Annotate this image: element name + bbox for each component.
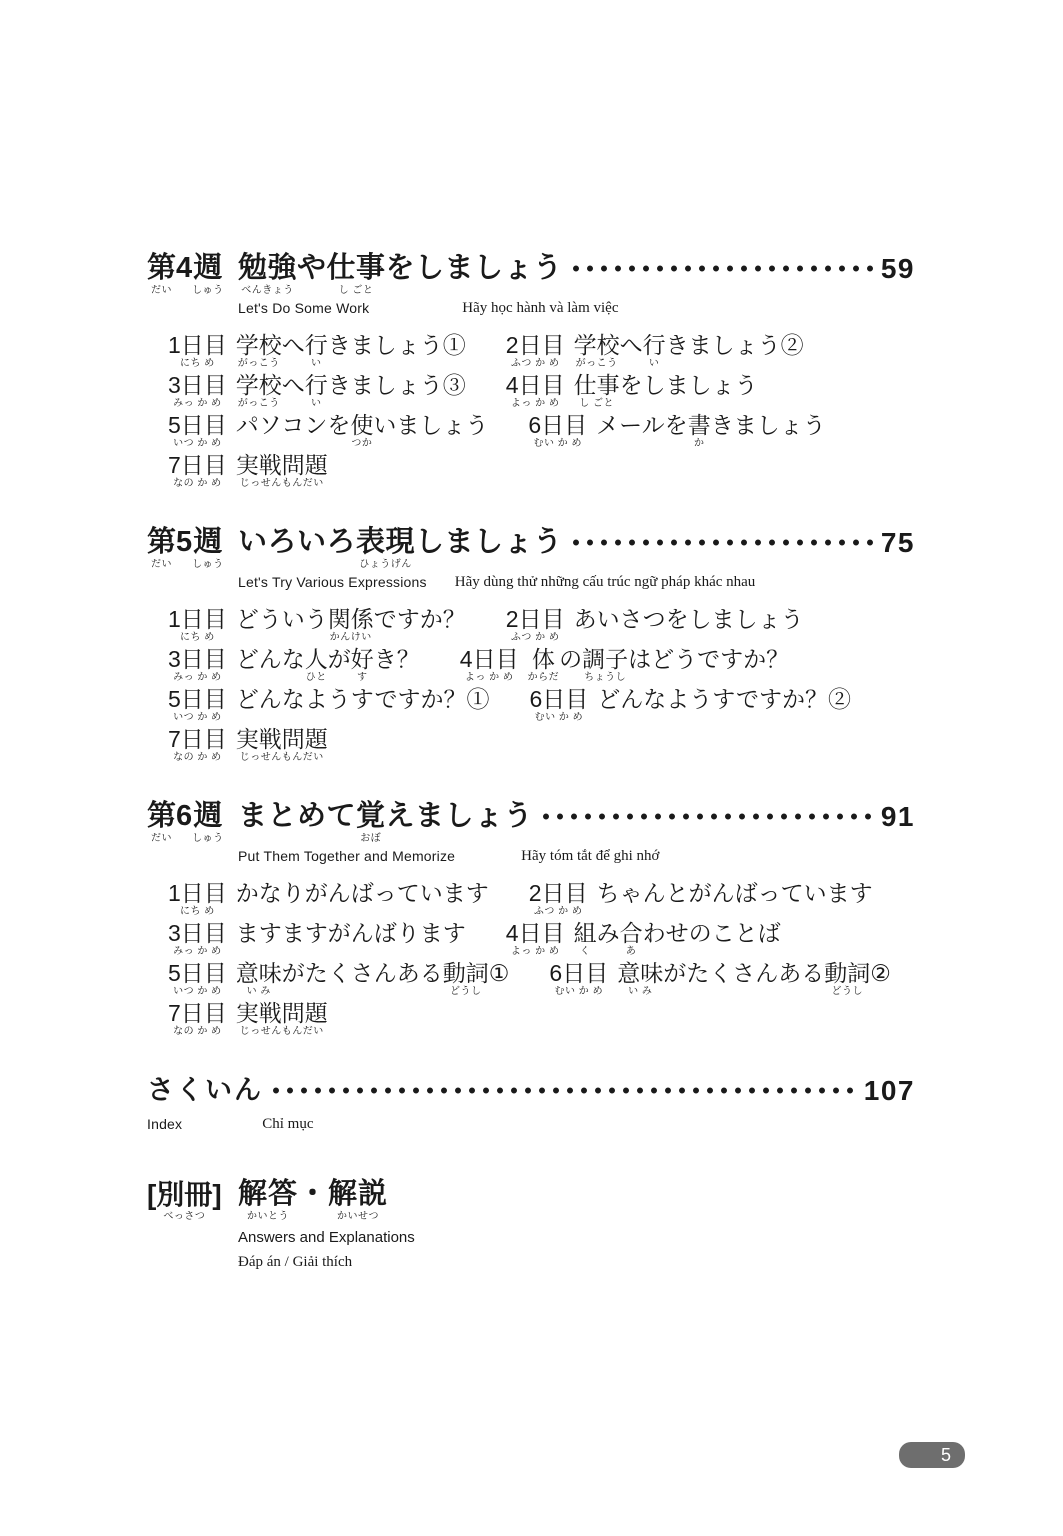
- ruby-segment: しましょう: [415, 526, 563, 570]
- day-row: 1日目にち めどういう関係かんけいですか？2日目ふつ か めあいさつをしましょう: [168, 607, 930, 643]
- ruby-segment: 動詞どうし: [443, 961, 489, 997]
- ruby-segment: 1日目にち め: [168, 333, 227, 369]
- day-entry: 2日目ふつ か めちゃんとがんばっています: [529, 881, 873, 917]
- day-row: 3日目みっ か め学校がっこうへ行いきましょう③4日目よっ か め仕事し ごとを…: [168, 373, 930, 409]
- section-subtitle-english: Let's Try Various Expressions: [238, 573, 427, 591]
- ruby-segment: かなりがんばっています: [236, 881, 489, 917]
- day-list: 1日目にち めどういう関係かんけいですか？2日目ふつ か めあいさつをしましょう…: [168, 607, 930, 763]
- day-row: 5日目いつ か めどんなようすですか？①6日目むい か めどんなようすですか？②: [168, 687, 930, 723]
- section-subtitles: Put Them Together and MemorizeHãy tóm tắ…: [238, 847, 930, 865]
- appendix-title: 解答かいとう・解説かいせつ: [238, 1178, 388, 1222]
- ruby-segment: み: [597, 921, 620, 957]
- ruby-segment: 仕事し ごと: [327, 252, 386, 296]
- day-title: かなりがんばっています: [236, 881, 489, 917]
- day-title: どういう関係かんけいですか？: [236, 607, 466, 643]
- ruby-segment: 行い: [305, 333, 328, 369]
- day-number: 4日目よっ か め: [460, 647, 519, 683]
- index-header: さくいん 107: [147, 1074, 915, 1107]
- day-title: 実戦問題じっせんもんだい: [236, 453, 328, 489]
- day-row: 7日目なの か め実戦問題じっせんもんだい: [168, 1001, 930, 1037]
- ruby-segment: どういう: [236, 607, 328, 643]
- day-list: 1日目にち め学校がっこうへ行いきましょう①2日目ふつ か め学校がっこうへ行い…: [168, 333, 930, 489]
- day-entry: 7日目なの か め実戦問題じっせんもんだい: [168, 727, 328, 763]
- day-entry: 1日目にち め学校がっこうへ行いきましょう①: [168, 333, 466, 369]
- day-title: 実戦問題じっせんもんだい: [236, 1001, 328, 1037]
- day-number: 5日目いつ か め: [168, 961, 227, 997]
- section-header: 第だい6週しゅうまとめて覚おぼえましょう91: [147, 800, 915, 844]
- day-title: パソコンを使つかいましょう: [236, 413, 489, 449]
- week-label: 第だい4週しゅう: [147, 252, 238, 296]
- ruby-segment: 2日目ふつ か め: [529, 881, 588, 917]
- ruby-segment: 解答かいとう: [238, 1178, 298, 1222]
- ruby-segment: 第だい: [147, 800, 176, 844]
- day-number: 7日目なの か め: [168, 727, 227, 763]
- ruby-segment: 関係かんけい: [328, 607, 374, 643]
- day-row: 3日目みっ か めますますがんばります4日目よっ か め組くみ合あわせのことば: [168, 921, 930, 957]
- ruby-segment: が: [328, 647, 351, 683]
- ruby-segment: 人ひと: [305, 647, 328, 683]
- ruby-segment: 4: [176, 252, 192, 296]
- day-number: 5日目いつ か め: [168, 687, 227, 723]
- section-subtitle-vietnamese: Hãy dùng thử những cấu trúc ngữ pháp khá…: [455, 573, 756, 591]
- ruby-segment: ますますがんばります: [236, 921, 466, 957]
- ruby-segment: 学校がっこう: [236, 373, 282, 409]
- ruby-segment: 3日目みっ か め: [168, 647, 227, 683]
- day-row: 7日目なの か め実戦問題じっせんもんだい: [168, 727, 930, 763]
- day-title: 組くみ合あわせのことば: [574, 921, 781, 957]
- day-number: 5日目いつ か め: [168, 413, 227, 449]
- ruby-segment: 行い: [643, 333, 666, 369]
- ruby-segment: ちゃんとがんばっています: [597, 881, 873, 917]
- book-page: 第だい4週しゅう勉強べんきょうや仕事し ごとをしましょう59Let's Do S…: [0, 0, 1063, 1536]
- day-entry: 5日目いつ か め意味い みがたくさんある動詞どうし①: [168, 961, 509, 997]
- ruby-segment: 週しゅう: [192, 252, 224, 296]
- day-row: 3日目みっ か めどんな人ひとが好すき？4日目よっ か め体からだの調子ちょうし…: [168, 647, 930, 683]
- ruby-segment: 3日目みっ か め: [168, 921, 227, 957]
- ruby-segment: ②: [870, 961, 891, 997]
- ruby-segment: がたくさんある: [282, 961, 443, 997]
- day-entry: 4日目よっ か め体からだの調子ちょうしはどうですか？: [460, 647, 789, 683]
- day-title: メールを書かきましょう: [596, 413, 826, 449]
- ruby-segment: 行い: [305, 373, 328, 409]
- ruby-segment: まとめて: [238, 800, 356, 844]
- day-entry: 1日目にち めかなりがんばっています: [168, 881, 489, 917]
- section-title: 勉強べんきょうや仕事し ごとをしましょう: [238, 252, 563, 296]
- ruby-segment: 好す: [351, 647, 374, 683]
- section-subtitles: Let's Do Some WorkHãy học hành và làm vi…: [238, 299, 930, 317]
- appendix-entry: [別冊]べっさつ 解答かいとう・解説かいせつ Answers and Expla…: [147, 1178, 930, 1271]
- day-row: 1日目にち めかなりがんばっています2日目ふつ か めちゃんとがんばっています: [168, 881, 930, 917]
- ruby-segment: 週しゅう: [192, 526, 224, 570]
- ruby-segment: メールを: [596, 413, 688, 449]
- day-number: 1日目にち め: [168, 607, 227, 643]
- ruby-segment: 6: [176, 800, 192, 844]
- day-row: 5日目いつ か め意味い みがたくさんある動詞どうし①6日目むい か め意味い …: [168, 961, 930, 997]
- day-number: 7日目なの か め: [168, 1001, 227, 1037]
- day-title: 学校がっこうへ行いきましょう②: [574, 333, 804, 369]
- ruby-segment: 7日目なの か め: [168, 727, 227, 763]
- day-entry: 3日目みっ か めどんな人ひとが好すき？: [168, 647, 420, 683]
- leader-dots: [269, 1074, 856, 1107]
- appendix-vietnamese: Đáp án / Giải thích: [238, 1254, 930, 1271]
- ruby-segment: へ: [620, 333, 643, 369]
- day-entry: 6日目むい か めどんなようすですか？②: [530, 687, 852, 723]
- day-number: 7日目なの か め: [168, 453, 227, 489]
- toc-section-week5: 第だい5週しゅういろいろ表現ひょうげんしましょう75Let's Try Vari…: [147, 526, 930, 763]
- toc-section-week4: 第だい4週しゅう勉強べんきょうや仕事し ごとをしましょう59Let's Do S…: [147, 252, 930, 489]
- ruby-segment: どんなようすですか？①: [236, 687, 490, 723]
- day-title: 意味い みがたくさんある動詞どうし①: [236, 961, 510, 997]
- day-title: 仕事し ごとをしましょう: [574, 373, 758, 409]
- day-row: 5日目いつ か めパソコンを使つかいましょう6日目むい か めメールを書かきまし…: [168, 413, 930, 449]
- ruby-segment: 4日目よっ か め: [506, 921, 565, 957]
- ruby-segment: 解説かいせつ: [328, 1178, 388, 1222]
- day-number: 2日目ふつ か め: [506, 607, 565, 643]
- day-number: 6日目むい か め: [549, 961, 608, 997]
- appendix-header: [別冊]べっさつ 解答かいとう・解説かいせつ: [147, 1178, 930, 1222]
- ruby-segment: 体からだ: [528, 647, 560, 683]
- ruby-segment: 合あ: [620, 921, 643, 957]
- index-page-number: 107: [864, 1074, 915, 1107]
- day-entry: 3日目みっ か め学校がっこうへ行いきましょう③: [168, 373, 466, 409]
- day-row: 1日目にち め学校がっこうへ行いきましょう①2日目ふつ か め学校がっこうへ行い…: [168, 333, 930, 369]
- index-vietnamese: Chỉ mục: [262, 1115, 313, 1133]
- day-entry: 1日目にち めどういう関係かんけいですか？: [168, 607, 466, 643]
- section-header: 第だい5週しゅういろいろ表現ひょうげんしましょう75: [147, 526, 915, 570]
- ruby-segment: きましょう: [711, 413, 826, 449]
- ruby-segment: きましょう②: [666, 333, 804, 369]
- day-number: 6日目むい か め: [530, 687, 589, 723]
- section-subtitle-vietnamese: Hãy tóm tắt để ghi nhớ: [521, 847, 659, 865]
- day-title: ますますがんばります: [236, 921, 466, 957]
- ruby-segment: 5日目いつ か め: [168, 687, 227, 723]
- day-title: 実戦問題じっせんもんだい: [236, 727, 328, 763]
- ruby-segment: 6日目むい か め: [549, 961, 608, 997]
- day-entry: 5日目いつ か めパソコンを使つかいましょう: [168, 413, 488, 449]
- day-number: 3日目みっ か め: [168, 373, 227, 409]
- leader-dots: [569, 252, 873, 285]
- ruby-segment: どんな: [236, 647, 305, 683]
- ruby-segment: 実戦問題じっせんもんだい: [236, 453, 328, 489]
- ruby-segment: 5日目いつ か め: [168, 961, 227, 997]
- day-number: 4日目よっ か め: [506, 373, 565, 409]
- toc-sections: 第だい4週しゅう勉強べんきょうや仕事し ごとをしましょう59Let's Do S…: [147, 252, 930, 1037]
- section-subtitle-english: Let's Do Some Work: [238, 299, 369, 317]
- ruby-segment: 書か: [688, 413, 711, 449]
- day-entry: 6日目むい か めメールを書かきましょう: [528, 413, 825, 449]
- ruby-segment: がたくさんある: [663, 961, 824, 997]
- day-list: 1日目にち めかなりがんばっています2日目ふつ か めちゃんとがんばっています3…: [168, 881, 930, 1037]
- week-label: 第だい5週しゅう: [147, 526, 238, 570]
- ruby-segment: をしましょう: [386, 252, 563, 296]
- section-subtitle-english: Put Them Together and Memorize: [238, 847, 455, 865]
- ruby-segment: へ: [282, 373, 305, 409]
- day-number: 2日目ふつ か め: [529, 881, 588, 917]
- index-english: Index: [147, 1115, 182, 1133]
- day-entry: 4日目よっ か め組くみ合あわせのことば: [506, 921, 781, 957]
- ruby-segment: 学校がっこう: [236, 333, 282, 369]
- day-entry: 7日目なの か め実戦問題じっせんもんだい: [168, 453, 328, 489]
- day-number: 1日目にち め: [168, 333, 227, 369]
- day-title: 意味い みがたくさんある動詞どうし②: [617, 961, 891, 997]
- ruby-segment: きましょう①: [328, 333, 466, 369]
- section-page-number: 91: [881, 800, 915, 833]
- ruby-segment: 意味い み: [617, 961, 663, 997]
- day-entry: 3日目みっ か めますますがんばります: [168, 921, 466, 957]
- ruby-segment: 週しゅう: [192, 800, 224, 844]
- ruby-segment: 7日目なの か め: [168, 453, 227, 489]
- ruby-segment: 覚おぼ: [356, 800, 386, 844]
- ruby-segment: えましょう: [386, 800, 534, 844]
- day-title: 学校がっこうへ行いきましょう①: [236, 333, 466, 369]
- day-number: 2日目ふつ か め: [506, 333, 565, 369]
- ruby-segment: や: [297, 252, 327, 296]
- ruby-segment: き？: [374, 647, 420, 683]
- table-of-contents: 第だい4週しゅう勉強べんきょうや仕事し ごとをしましょう59Let's Do S…: [147, 252, 930, 1271]
- ruby-segment: 6日目むい か め: [530, 687, 589, 723]
- ruby-segment: あいさつをしましょう: [574, 607, 804, 643]
- day-row: 7日目なの か め実戦問題じっせんもんだい: [168, 453, 930, 489]
- page-number-badge: 5: [899, 1442, 965, 1468]
- ruby-segment: 6日目むい か め: [528, 413, 587, 449]
- section-title: いろいろ表現ひょうげんしましょう: [238, 526, 563, 570]
- appendix-english: Answers and Explanations: [238, 1229, 930, 1246]
- day-entry: 2日目ふつ か め学校がっこうへ行いきましょう②: [506, 333, 804, 369]
- ruby-segment: 第だい: [147, 526, 176, 570]
- day-entry: 6日目むい か め意味い みがたくさんある動詞どうし②: [549, 961, 890, 997]
- day-number: 3日目みっ か め: [168, 921, 227, 957]
- section-subtitle-vietnamese: Hãy học hành và làm việc: [462, 299, 618, 317]
- ruby-segment: 2日目ふつ か め: [506, 333, 565, 369]
- ruby-segment: 仕事し ごと: [574, 373, 620, 409]
- section-title: まとめて覚おぼえましょう: [238, 800, 533, 844]
- day-number: 1日目にち め: [168, 881, 227, 917]
- day-number: 3日目みっ か め: [168, 647, 227, 683]
- day-title: 体からだの調子ちょうしはどうですか？: [528, 647, 790, 683]
- ruby-segment: 実戦問題じっせんもんだい: [236, 727, 328, 763]
- index-label: さくいん: [147, 1074, 263, 1107]
- ruby-segment: いろいろ: [238, 526, 356, 570]
- section-header: 第だい4週しゅう勉強べんきょうや仕事し ごとをしましょう59: [147, 252, 915, 296]
- day-title: どんなようすですか？①: [236, 687, 490, 723]
- day-title: あいさつをしましょう: [574, 607, 804, 643]
- ruby-segment: 7日目なの か め: [168, 1001, 227, 1037]
- ruby-segment: 調子ちょうし: [582, 647, 628, 683]
- ruby-segment: 2日目ふつ か め: [506, 607, 565, 643]
- ruby-segment: 組く: [574, 921, 597, 957]
- section-page-number: 75: [881, 526, 915, 559]
- day-title: どんなようすですか？②: [597, 687, 851, 723]
- day-title: ちゃんとがんばっています: [597, 881, 873, 917]
- index-subtitles: Index Chỉ mục: [147, 1115, 930, 1133]
- day-title: どんな人ひとが好すき？: [236, 647, 420, 683]
- ruby-segment: 使つか: [350, 413, 373, 449]
- ruby-segment: ですか？: [374, 607, 466, 643]
- day-entry: 4日目よっ か め仕事し ごとをしましょう: [506, 373, 758, 409]
- ruby-segment: 1日目にち め: [168, 881, 227, 917]
- day-entry: 2日目ふつ か めあいさつをしましょう: [506, 607, 804, 643]
- week-label: 第だい6週しゅう: [147, 800, 238, 844]
- ruby-segment: 動詞どうし: [824, 961, 870, 997]
- ruby-segment: 5日目いつ か め: [168, 413, 227, 449]
- ruby-segment: はどうですか？: [628, 647, 789, 683]
- ruby-segment: きましょう③: [328, 373, 466, 409]
- day-number: 6日目むい か め: [528, 413, 587, 449]
- ruby-segment: ・: [298, 1178, 328, 1222]
- ruby-segment: 4日目よっ か め: [460, 647, 519, 683]
- ruby-segment: いましょう: [373, 413, 488, 449]
- ruby-segment: 学校がっこう: [574, 333, 620, 369]
- section-page-number: 59: [881, 252, 915, 285]
- ruby-segment: 意味い み: [236, 961, 282, 997]
- day-entry: 7日目なの か め実戦問題じっせんもんだい: [168, 1001, 328, 1037]
- ruby-segment: パソコンを: [236, 413, 351, 449]
- ruby-segment: の: [559, 647, 582, 683]
- day-number: 4日目よっ か め: [506, 921, 565, 957]
- appendix-label: [別冊]べっさつ: [147, 1178, 238, 1222]
- ruby-segment: [別冊]べっさつ: [147, 1178, 222, 1222]
- ruby-segment: ①: [489, 961, 510, 997]
- ruby-segment: 5: [176, 526, 192, 570]
- index-entry: さくいん 107 Index Chỉ mục: [147, 1074, 930, 1133]
- ruby-segment: 表現ひょうげん: [356, 526, 415, 570]
- ruby-segment: どんなようすですか？②: [597, 687, 851, 723]
- leader-dots: [569, 526, 873, 559]
- leader-dots: [539, 800, 873, 833]
- ruby-segment: 1日目にち め: [168, 607, 227, 643]
- day-entry: 5日目いつ か めどんなようすですか？①: [168, 687, 490, 723]
- day-title: 学校がっこうへ行いきましょう③: [236, 373, 466, 409]
- ruby-segment: をしましょう: [620, 373, 758, 409]
- ruby-segment: へ: [282, 333, 305, 369]
- ruby-segment: わせのことば: [643, 921, 781, 957]
- ruby-segment: 第だい: [147, 252, 176, 296]
- toc-section-week6: 第だい6週しゅうまとめて覚おぼえましょう91Put Them Together …: [147, 800, 930, 1037]
- ruby-segment: 実戦問題じっせんもんだい: [236, 1001, 328, 1037]
- section-subtitles: Let's Try Various ExpressionsHãy dùng th…: [238, 573, 930, 591]
- ruby-segment: 4日目よっ か め: [506, 373, 565, 409]
- ruby-segment: 勉強べんきょう: [238, 252, 297, 296]
- ruby-segment: 3日目みっ か め: [168, 373, 227, 409]
